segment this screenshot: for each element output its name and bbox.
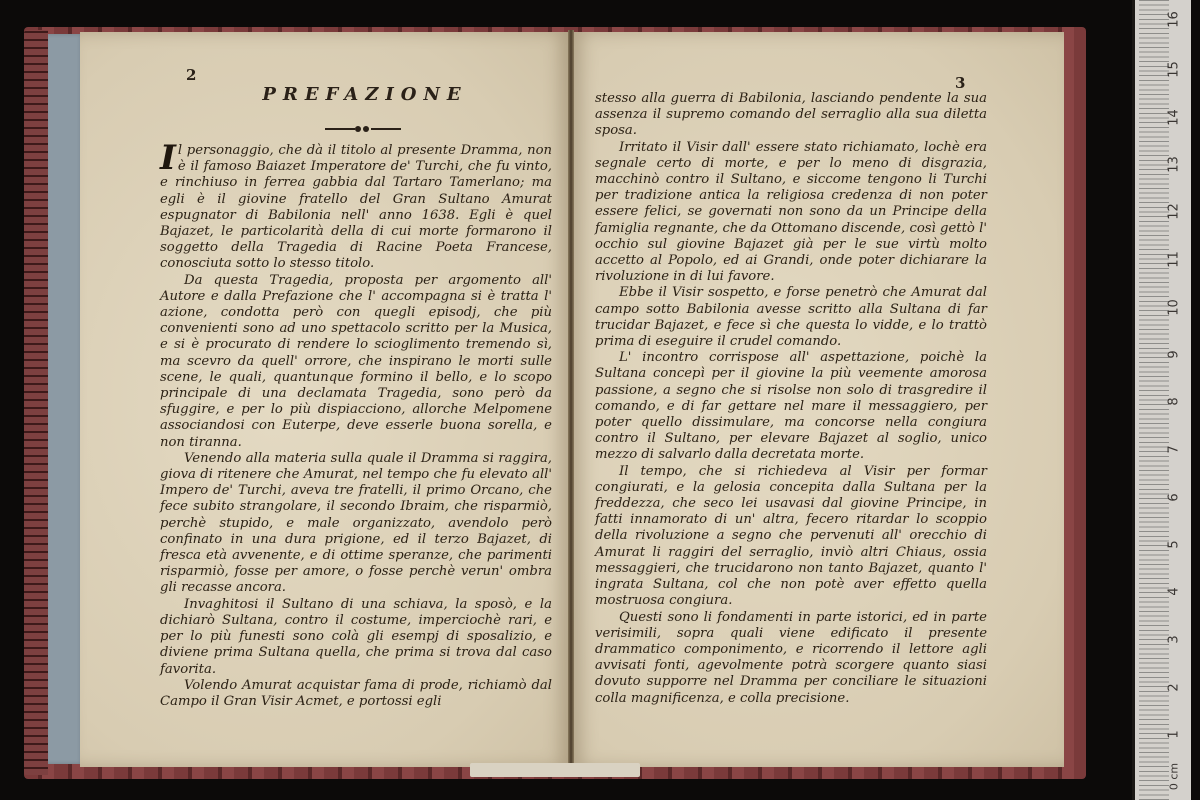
book-gutter [568, 30, 574, 770]
ruler-label: 13 [1167, 154, 1182, 176]
paragraph: Ebbe il Visir sospetto, e forse penetrò … [595, 285, 987, 350]
paragraph: Venendo alla materia sulla quale il Dram… [160, 451, 552, 597]
paragraph: Il tempo, che si richiedeva al Visir per… [595, 464, 987, 610]
paragraph: Irritato il Visir dall' essere stato ric… [595, 140, 987, 286]
ruler-label: 11 [1167, 249, 1182, 271]
ruler-label: 2 [1167, 677, 1182, 699]
paragraph: L' incontro corrispose all' aspettazione… [595, 350, 987, 463]
ruler-label: 9 [1167, 344, 1182, 366]
ruler-label: 15 [1167, 59, 1182, 81]
right-page-text: stesso alla guerra di Babilonia, lascian… [595, 91, 987, 707]
paragraph: Il personaggio, che dà il titolo al pres… [160, 143, 552, 273]
paragraph: Da questa Tragedia, proposta per argomen… [160, 273, 552, 451]
ruler-label: 0 cm [1168, 762, 1181, 792]
measurement-ruler: 16 15 14 13 12 11 10 9 8 7 6 5 4 3 2 1 0… [1132, 0, 1191, 800]
ruler-label: 10 [1167, 297, 1182, 319]
ruler-label: 7 [1167, 439, 1182, 461]
left-page-text: Il personaggio, che dà il titolo al pres… [160, 143, 552, 710]
page-title: PREFAZIONE [250, 84, 480, 105]
ruler-label: 14 [1167, 107, 1182, 129]
ruler-label: 1 [1167, 724, 1182, 746]
drop-cap: I [160, 143, 176, 173]
page-number-left: 2 [186, 66, 196, 84]
spine-tape [470, 763, 640, 777]
marbled-binding-edge [24, 30, 48, 775]
paragraph: Invaghitosi il Sultano di una schiava, l… [160, 597, 552, 678]
ruler-ticks [1139, 0, 1169, 800]
paragraph: stesso alla guerra di Babilonia, lascian… [595, 91, 987, 140]
page-number-right: 3 [955, 74, 965, 92]
ruler-label: 16 [1167, 9, 1182, 31]
paragraph: Questi sono li fondamenti in parte istor… [595, 610, 987, 707]
ruler-label: 12 [1167, 201, 1182, 223]
ruler-label: 4 [1167, 581, 1182, 603]
paragraph: Volendo Amurat acquistar fama di prode, … [160, 678, 552, 710]
ruler-label: 8 [1167, 391, 1182, 413]
ruler-label: 5 [1167, 534, 1182, 556]
blue-endpaper [48, 34, 84, 764]
ruler-label: 6 [1167, 487, 1182, 509]
ornament-divider-icon [325, 126, 401, 132]
ruler-label: 3 [1167, 629, 1182, 651]
